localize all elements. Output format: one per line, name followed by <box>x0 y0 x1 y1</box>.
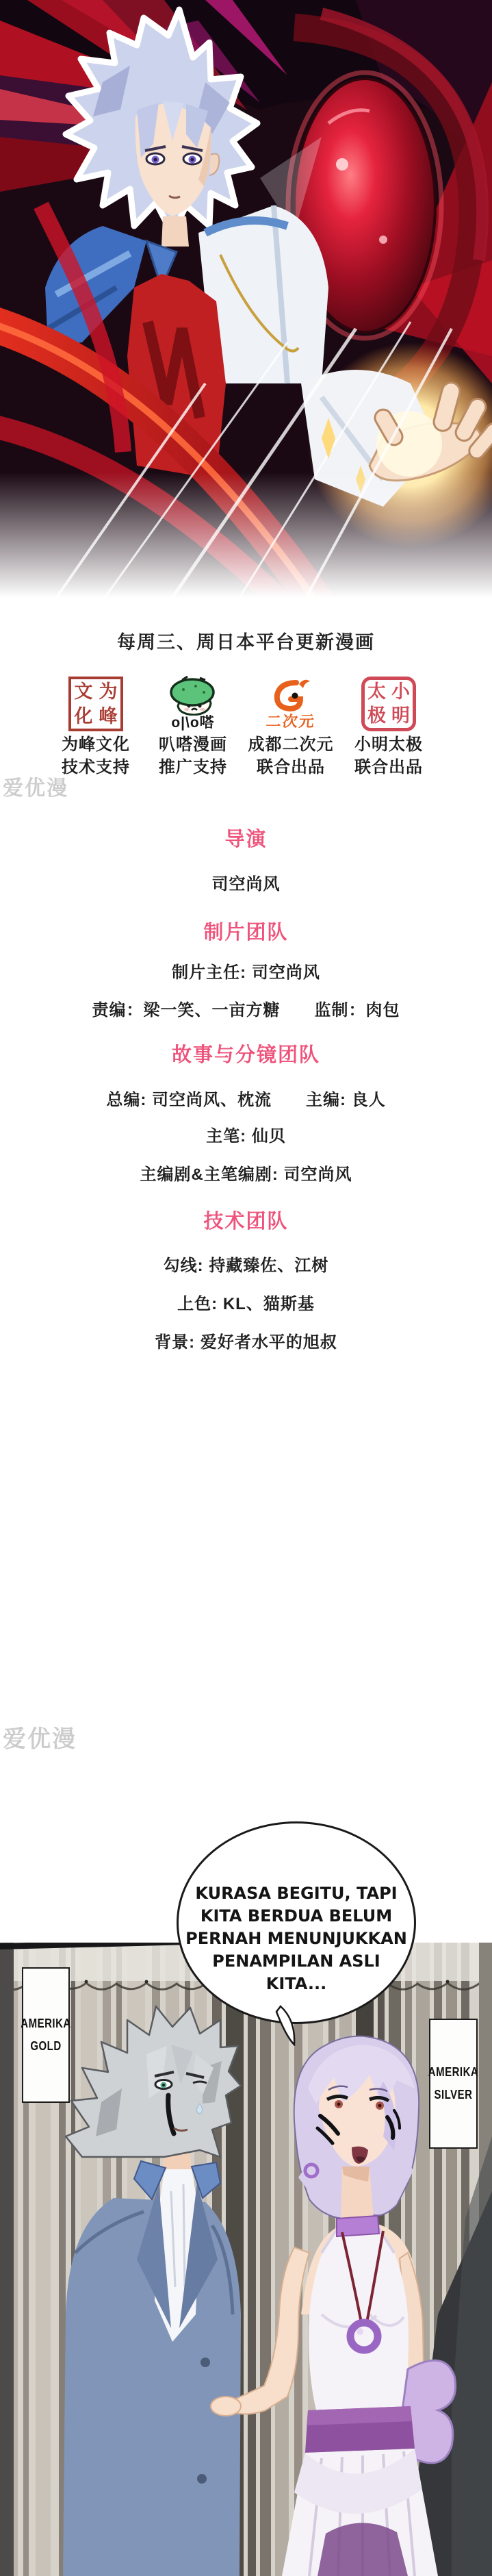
erciyuan-swirl-icon <box>269 677 313 713</box>
story-line: 总编: 司空尚风、枕流 主编: 良人 <box>0 1086 492 1110</box>
production-line: 责编：梁一笑、一亩方糖 监制：肉包 <box>0 996 492 1020</box>
tech-line: 勾线: 持藏臻佐、江树 <box>0 1252 492 1276</box>
sponsor-xiaoming-taiji: 太小 极明 小明太极 联合出品 <box>340 674 437 779</box>
comic-panel-illustration <box>0 1931 492 2576</box>
sponsor-weifeng-culture: 文为 化峰 为峰文化 技术支持 <box>47 674 144 779</box>
director-heading: 导演 <box>0 824 492 852</box>
label-amerika-gold: AMERIKA GOLD <box>22 1967 70 2103</box>
speech-bubble: KURASA BEGITU, TAPI KITA BERDUA BELUM PE… <box>177 1821 416 2024</box>
label-amerika-silver: AMERIKA SILVER <box>429 2019 478 2149</box>
speech-bubble-tail <box>271 2005 307 2046</box>
tech-heading: 技术团队 <box>0 1206 492 1234</box>
production-heading: 制片团队 <box>0 917 492 945</box>
sponsor-caption: 为峰文化 技术支持 <box>62 733 130 779</box>
watermark: 爱优漫 <box>3 771 68 801</box>
update-notice: 每周三、周日本平台更新漫画 <box>0 627 492 654</box>
sponsor-chengdu-erciyuan: 二次元 成都二次元 联合出品 <box>242 674 339 779</box>
director-name: 司空尚风 <box>0 870 492 894</box>
production-line: 制片主任: 司空尚风 <box>0 959 492 983</box>
sponsor-caption: 叭嗒漫画 推广支持 <box>159 733 227 779</box>
weifeng-seal-icon: 文为 化峰 <box>68 677 123 731</box>
sponsor-caption: 小明太极 联合出品 <box>354 733 423 779</box>
sponsor-bada-manhua: o|\o嗒 叭嗒漫画 推广支持 <box>144 674 242 779</box>
tech-line: 上色: KL、猫斯基 <box>0 1290 492 1314</box>
hero-illustration <box>0 0 492 620</box>
story-heading: 故事与分镜团队 <box>0 1039 492 1068</box>
watermark: 爱优漫 <box>3 1720 77 1754</box>
speech-bubble-text: KURASA BEGITU, TAPI KITA BERDUA BELUM PE… <box>179 1882 414 1995</box>
story-line: 主编剧&主笔编剧: 司空尚风 <box>0 1161 492 1185</box>
xiaoming-seal-icon: 太小 极明 <box>361 677 416 731</box>
sponsor-caption: 成都二次元 联合出品 <box>248 733 334 779</box>
tech-line: 背景: 爱好者水平的旭叔 <box>0 1328 492 1352</box>
bada-mascot-icon <box>168 676 218 716</box>
bada-logo-text: o|\o嗒 <box>171 711 214 732</box>
story-line: 主笔: 仙贝 <box>0 1122 492 1146</box>
erciyuan-logo-text: 二次元 <box>265 710 316 731</box>
comic-page: 每周三、周日本平台更新漫画 文为 化峰 为峰文化 技术支持 o|\o嗒 叭嗒 <box>0 0 492 2576</box>
